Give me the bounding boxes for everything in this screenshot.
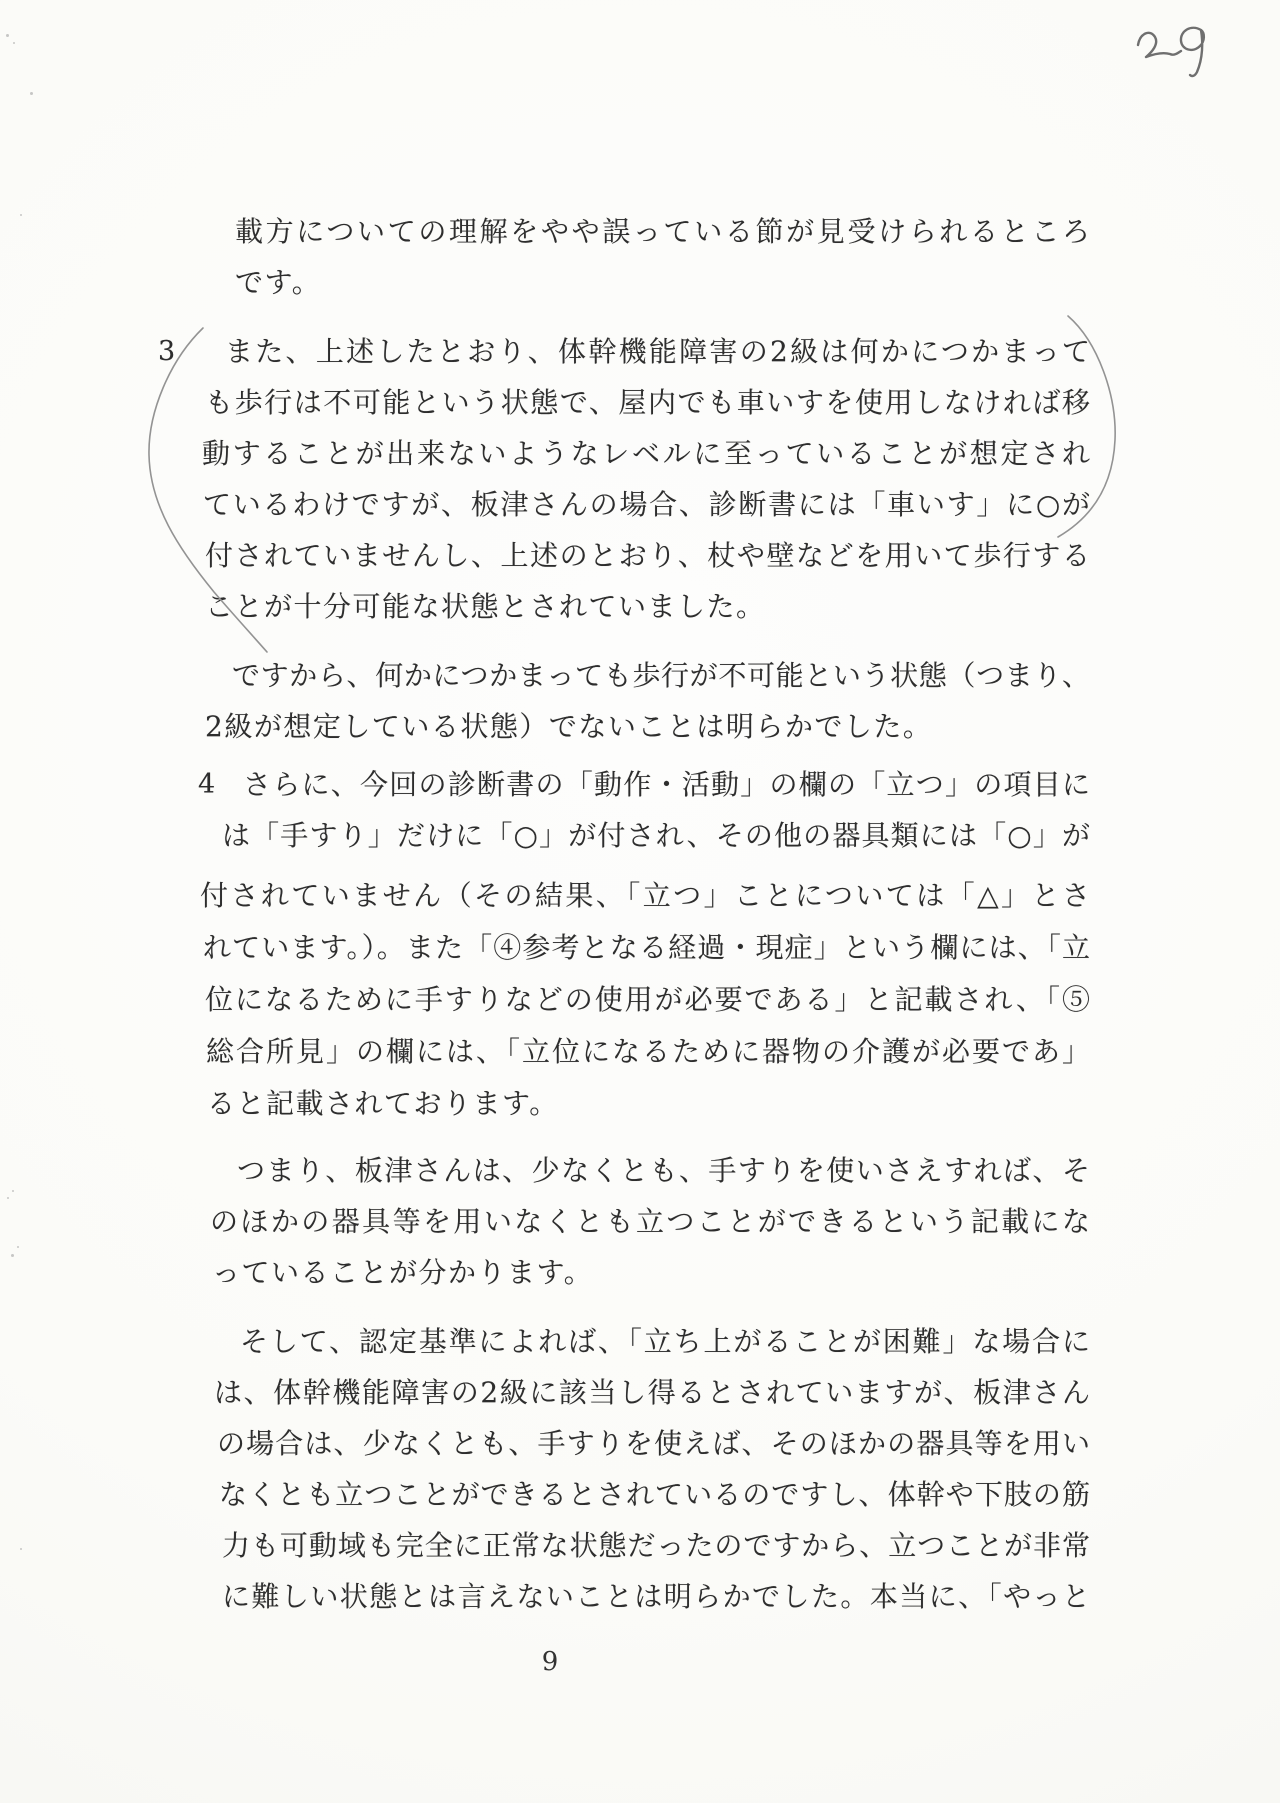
text-line: は「手すり」だけに「○」が付され、その他の器具類には「○」が [222, 811, 1090, 861]
paragraph-number: 3 [158, 327, 175, 377]
text-line: っていることが分かります。 [212, 1248, 593, 1298]
line-text: も歩行は不可能という状態で、屋内でも車いすを使用しなければ移 [205, 386, 1090, 419]
scan-speck [12, 1190, 14, 1192]
text-line: 付されていません（その結果、「立つ」ことについては「△」とさ [200, 871, 1090, 921]
text-line: 3また、上述したとおり、体幹機能障害の2級は何かにつかまって [225, 327, 1090, 377]
text-line: 総合所見」の欄には、「立位になるために器物の介護が必要であ」 [206, 1027, 1090, 1077]
scanned-document-page: 載方についての理解をやや誤っている節が見受けられるところです。3また、上述したと… [0, 0, 1280, 1803]
line-text: なくとも立つことができるとされているのですし、体幹や下肢の筋 [219, 1478, 1090, 1511]
scan-speck [30, 92, 33, 95]
text-line: は、体幹機能障害の2級に該当し得るとされていますが、板津さん [214, 1368, 1090, 1418]
scan-speck [17, 1246, 19, 1248]
document-text: 載方についての理解をやや誤っている節が見受けられるところです。3また、上述したと… [0, 0, 1280, 1803]
scan-speck [11, 1254, 14, 1257]
text-line: の場合は、少なくとも、手すりを使えば、そのほかの器具等を用い [217, 1419, 1090, 1469]
text-line: れています。）。また「④参考となる経過・現症」という欄には、「立 [203, 923, 1090, 973]
line-text: つまり、板津さんは、少なくとも、手すりを使いさえすれば、そ [237, 1154, 1090, 1187]
scan-speck [20, 214, 22, 216]
line-text: 2級が想定している状態）でないことは明らかでした。 [205, 710, 932, 743]
scan-speck [20, 1548, 22, 1550]
line-text: のほかの器具等を用いなくとも立つことができるという記載にな [210, 1205, 1090, 1238]
scan-speck [7, 1197, 9, 1199]
line-text: 載方についての理解をやや誤っている節が見受けられるところ [235, 215, 1090, 248]
text-line: 4さらに、今回の診断書の「動作・活動」の欄の「立つ」の項目に [243, 760, 1090, 810]
line-text: は、体幹機能障害の2級に該当し得るとされていますが、板津さん [214, 1376, 1090, 1409]
text-line: 力も可動域も完全に正常な状態だったのですから、立つことが非常 [222, 1521, 1090, 1571]
text-line: つまり、板津さんは、少なくとも、手すりを使いさえすれば、そ [237, 1146, 1090, 1196]
scan-speck [6, 34, 9, 37]
text-line: 載方についての理解をやや誤っている節が見受けられるところ [235, 207, 1090, 257]
line-text: 動することが出来ないようなレベルに至っていることが想定され [202, 437, 1090, 470]
text-line: 付されていませんし、上述のとおり、杖や壁などを用いて歩行する [205, 531, 1090, 581]
page-number: 9 [520, 1637, 580, 1687]
text-line: そして、認定基準によれば、「立ち上がることが困難」な場合に [240, 1317, 1090, 1367]
text-line: ると記載されております。 [207, 1079, 559, 1129]
line-text: に難しい状態とは言えないことは明らかでした。本当に、「やっと [222, 1580, 1090, 1613]
line-text: の場合は、少なくとも、手すりを使えば、そのほかの器具等を用い [217, 1427, 1090, 1460]
line-text: は「手すり」だけに「○」が付され、その他の器具類には「○」が [222, 819, 1090, 852]
line-text: 付されていませんし、上述のとおり、杖や壁などを用いて歩行する [205, 539, 1090, 572]
paragraph-number: 4 [198, 760, 215, 810]
line-text: ると記載されております。 [207, 1087, 559, 1120]
text-line: に難しい状態とは言えないことは明らかでした。本当に、「やっと [222, 1572, 1090, 1622]
line-text: れています。）。また「④参考となる経過・現症」という欄には、「立 [203, 931, 1090, 964]
line-text: 付されていません（その結果、「立つ」ことについては「△」とさ [200, 879, 1090, 912]
line-text: 総合所見」の欄には、「立位になるために器物の介護が必要であ」 [206, 1035, 1090, 1068]
line-text: 位になるために手すりなどの使用が必要である」と記載され、「⑤ [205, 983, 1090, 1016]
line-text: ているわけですが、板津さんの場合、診断書には「車いす」に○が [203, 488, 1090, 521]
text-line: のほかの器具等を用いなくとも立つことができるという記載にな [210, 1197, 1090, 1247]
text-line: 位になるために手すりなどの使用が必要である」と記載され、「⑤ [205, 975, 1090, 1025]
scan-speck [13, 42, 15, 44]
line-text: っていることが分かります。 [212, 1256, 593, 1289]
text-line: ことが十分可能な状態とされていました。 [205, 582, 766, 632]
line-text: さらに、今回の診断書の「動作・活動」の欄の「立つ」の項目に [243, 768, 1090, 801]
line-text: 力も可動域も完全に正常な状態だったのですから、立つことが非常 [222, 1529, 1090, 1562]
line-text: ですから、何かにつかまっても歩行が不可能という状態（つまり、 [232, 659, 1090, 692]
line-text: そして、認定基準によれば、「立ち上がることが困難」な場合に [240, 1325, 1090, 1358]
text-line: 動することが出来ないようなレベルに至っていることが想定され [202, 429, 1090, 479]
text-line: です。 [235, 258, 321, 308]
line-text: です。 [235, 266, 321, 299]
line-text: ことが十分可能な状態とされていました。 [205, 590, 766, 623]
text-line: なくとも立つことができるとされているのですし、体幹や下肢の筋 [219, 1470, 1090, 1520]
text-line: も歩行は不可能という状態で、屋内でも車いすを使用しなければ移 [205, 378, 1090, 428]
text-line: ているわけですが、板津さんの場合、診断書には「車いす」に○が [203, 480, 1090, 530]
text-line: ですから、何かにつかまっても歩行が不可能という状態（つまり、 [232, 651, 1090, 701]
text-line: 2級が想定している状態）でないことは明らかでした。 [205, 702, 932, 752]
line-text: また、上述したとおり、体幹機能障害の2級は何かにつかまって [225, 335, 1090, 368]
